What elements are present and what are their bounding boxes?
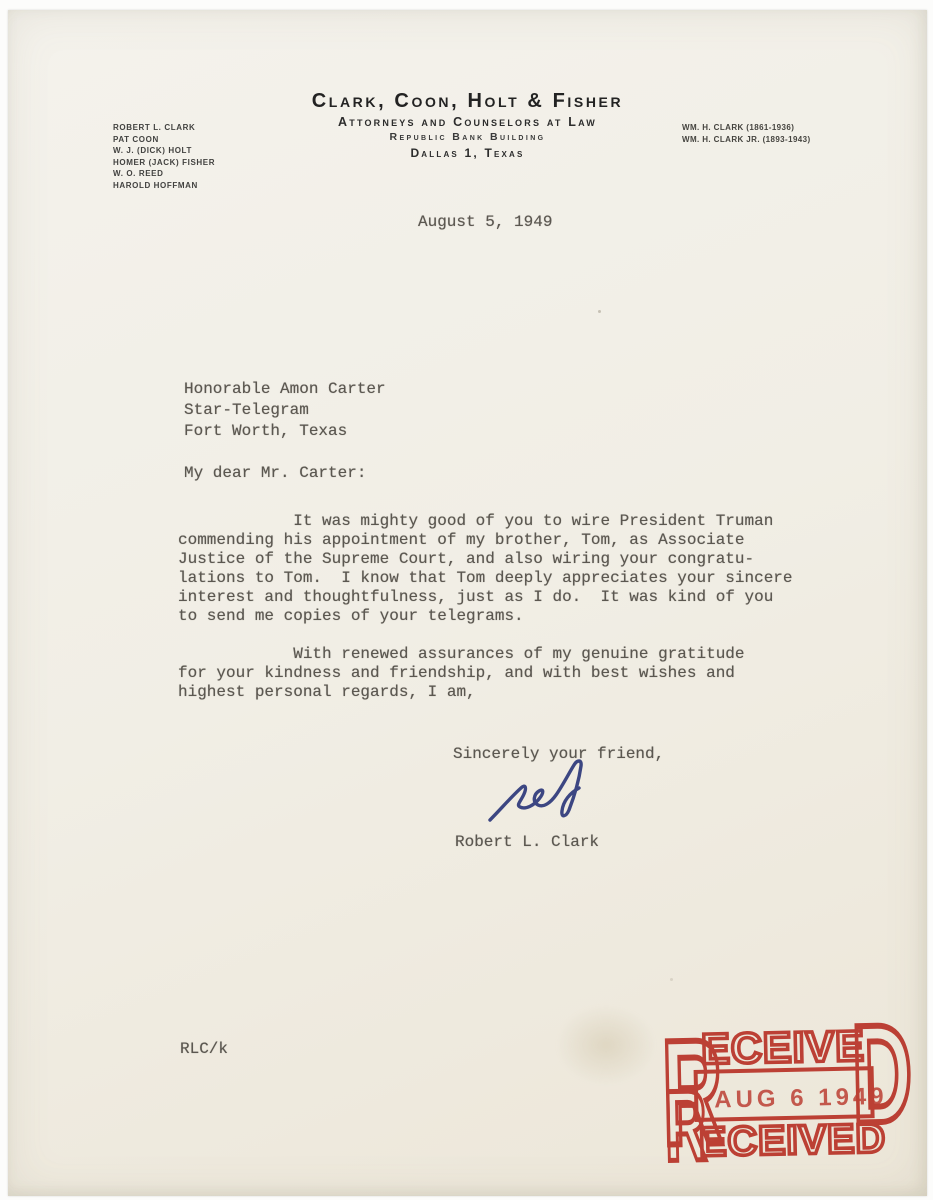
received-stamp: R ECEIVE D AUG 6 1949 R ECEIVED bbox=[654, 1013, 919, 1164]
body-line: With renewed assurances of my genuine gr… bbox=[178, 645, 793, 664]
partner-name: ROBERT L. CLARK bbox=[113, 122, 215, 134]
memorial-name: WM. H. CLARK JR. (1893-1943) bbox=[682, 134, 811, 146]
paper-stain bbox=[556, 1005, 656, 1085]
partner-list: ROBERT L. CLARKPAT COONW. J. (DICK) HOLT… bbox=[113, 122, 215, 191]
stamp-date: AUG 6 1949 bbox=[714, 1083, 888, 1114]
paper-speck bbox=[670, 978, 673, 981]
body-line: to send me copies of your telegrams. bbox=[178, 607, 793, 626]
recipient-line: Fort Worth, Texas bbox=[184, 421, 386, 442]
scanned-letter: Clark, Coon, Holt & Fisher Attorneys and… bbox=[0, 0, 933, 1200]
body-line bbox=[178, 626, 793, 645]
memorial-list: WM. H. CLARK (1861-1936)WM. H. CLARK JR.… bbox=[682, 122, 811, 146]
body-line: highest personal regards, I am, bbox=[178, 683, 793, 702]
memorial-name: WM. H. CLARK (1861-1936) bbox=[682, 122, 811, 134]
body-line: for your kindness and friendship, and wi… bbox=[178, 664, 793, 683]
salutation: My dear Mr. Carter: bbox=[184, 464, 366, 482]
body-paragraph-1: It was mighty good of you to wire Presid… bbox=[178, 512, 793, 702]
date-line: August 5, 1949 bbox=[418, 213, 552, 231]
partner-name: HAROLD HOFFMAN bbox=[113, 180, 215, 192]
stamp-word-top: ECEIVE bbox=[701, 1022, 866, 1073]
paper-speck bbox=[598, 310, 601, 313]
body-line: lations to Tom. I know that Tom deeply a… bbox=[178, 569, 793, 588]
reference-initials: RLC/k bbox=[180, 1040, 228, 1058]
recipient-address: Honorable Amon CarterStar-TelegramFort W… bbox=[184, 379, 386, 442]
partner-name: W. O. REED bbox=[113, 168, 215, 180]
partner-name: PAT COON bbox=[113, 134, 215, 146]
body-line: commending his appointment of my brother… bbox=[178, 531, 793, 550]
body-line: interest and thoughtfulness, just as I d… bbox=[178, 588, 793, 607]
signed-name: Robert L. Clark bbox=[455, 833, 599, 851]
firm-name: Clark, Coon, Holt & Fisher bbox=[8, 90, 927, 113]
signature-ink bbox=[484, 756, 618, 836]
letter-paper: Clark, Coon, Holt & Fisher Attorneys and… bbox=[8, 10, 927, 1196]
body-line: It was mighty good of you to wire Presid… bbox=[178, 512, 793, 531]
partner-name: HOMER (JACK) FISHER bbox=[113, 157, 215, 169]
signature-stroke bbox=[490, 761, 581, 820]
recipient-line: Star-Telegram bbox=[184, 400, 386, 421]
stamp-word-bottom: ECEIVED bbox=[699, 1115, 887, 1165]
body-line: Justice of the Supreme Court, and also w… bbox=[178, 550, 793, 569]
recipient-line: Honorable Amon Carter bbox=[184, 379, 386, 400]
partner-name: W. J. (DICK) HOLT bbox=[113, 145, 215, 157]
